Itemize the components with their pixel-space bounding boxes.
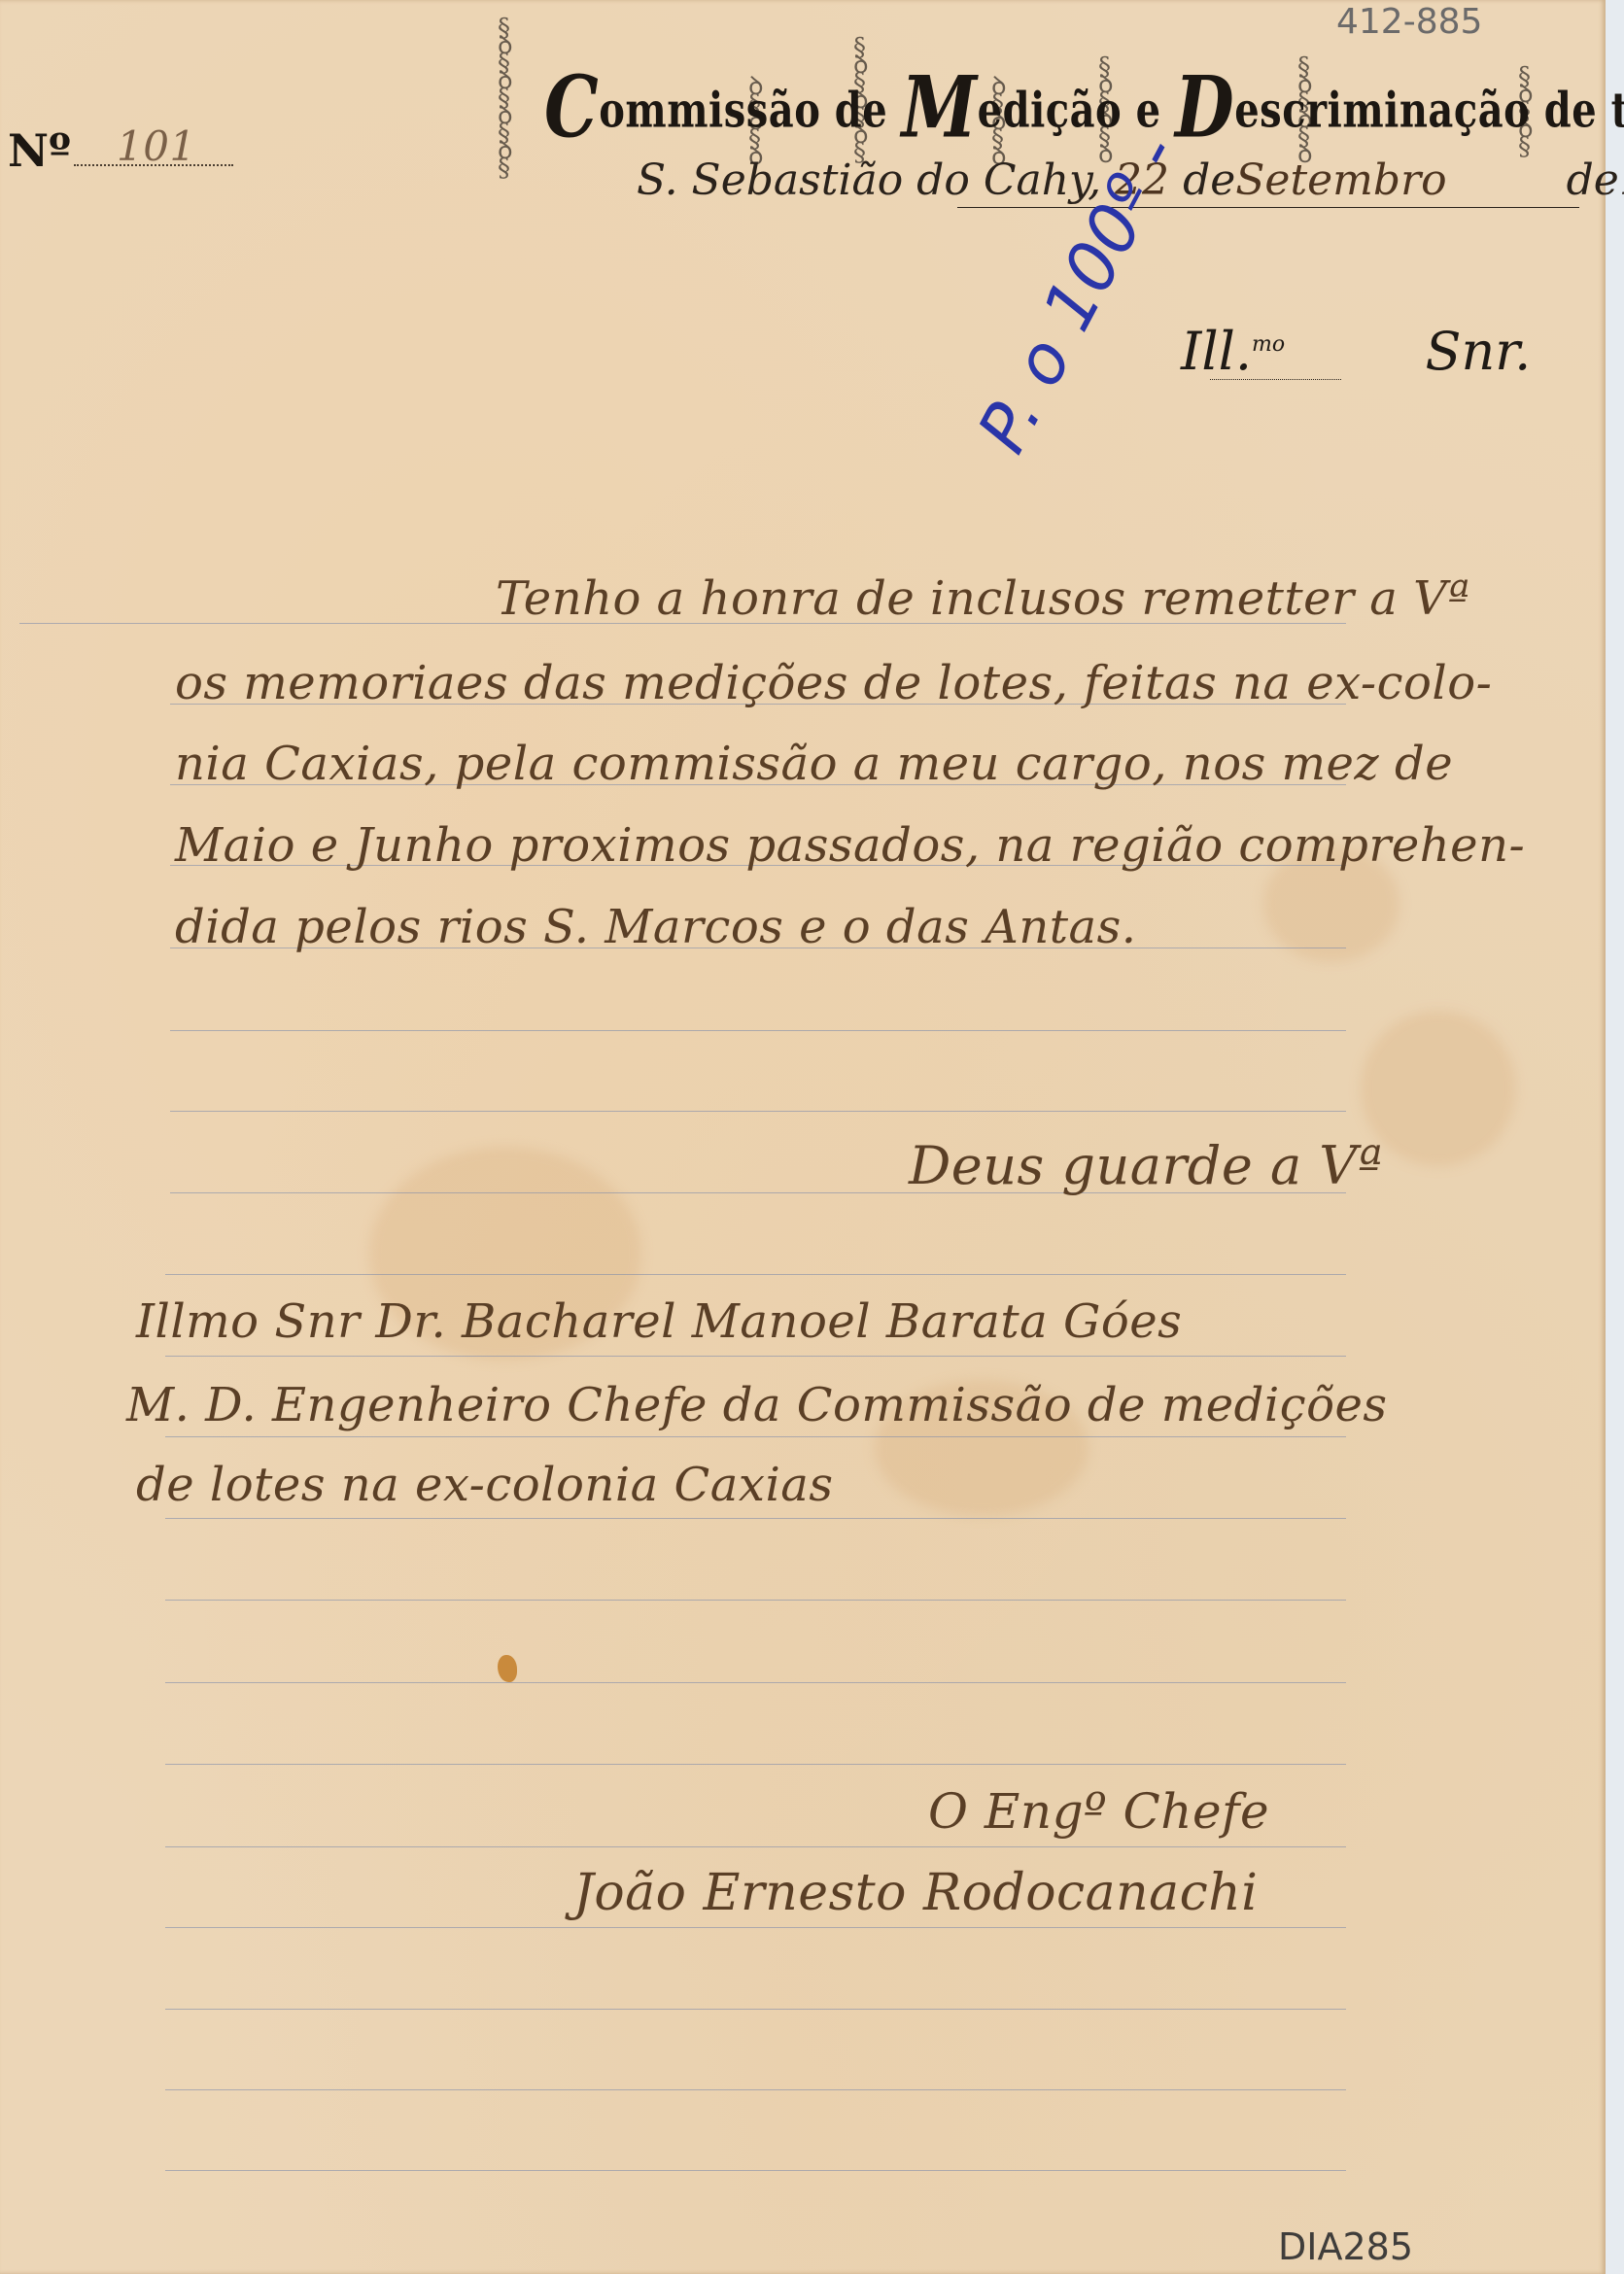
letterhead-word: ommissão de [599, 82, 901, 139]
letterhead-word: edição e [978, 82, 1175, 139]
date-underline [957, 207, 1579, 208]
addressee-line: Illmo Snr Dr. Bacharel Manoel Barata Góe… [136, 1294, 1182, 1349]
letterhead-initial-m: M [902, 56, 978, 157]
ruled-line [165, 2009, 1346, 2010]
ruled-line [165, 1927, 1346, 1928]
ruled-line [165, 1274, 1346, 1275]
letterhead-initial-d: D [1175, 56, 1234, 157]
body-line: Tenho a honra de inclusos remetter a Vª [496, 571, 1470, 626]
salutation-dotted-line [1210, 379, 1341, 380]
ruled-line [165, 2089, 1346, 2090]
ruled-line [170, 1111, 1346, 1112]
paper-stain [1361, 1011, 1516, 1166]
addressee-line: M. D. Engenheiro Chefe da Commissão de m… [126, 1378, 1388, 1432]
place-name: S. Sebastião do Cahy, [637, 155, 1101, 205]
body-line: Maio e Junho proximos passados, na regiã… [175, 818, 1525, 873]
ruled-line [165, 1356, 1346, 1357]
ruled-line [165, 1764, 1346, 1765]
salutation-title-sup: mo [1252, 332, 1285, 357]
number-label: Nº [8, 124, 71, 177]
date-de: de [1567, 155, 1619, 205]
document-number: 101 [117, 122, 196, 170]
letterhead-title: Commissão de Medição e Descriminação de … [544, 56, 1574, 157]
ruled-line [165, 1436, 1346, 1437]
ruled-line [165, 1518, 1346, 1519]
ruled-line [165, 2170, 1346, 2171]
signature-role: O Engº Chefe [928, 1783, 1269, 1840]
ruled-line [165, 1846, 1346, 1847]
archive-reference-bottom: DIA285 [1278, 2225, 1413, 2268]
letterhead-initial-c: C [544, 56, 599, 157]
salutation-title: Ill. [1181, 321, 1252, 382]
ruled-line [165, 1600, 1346, 1601]
ink-blot [498, 1655, 517, 1682]
salutation-honorific: Snr. [1426, 321, 1532, 382]
ruled-line [170, 1030, 1346, 1031]
body-line: os memoriaes das medições de lotes, feit… [175, 656, 1492, 710]
letter-page: 412-885 §ꝺ§ꝺ§ꝺ§ꝺ§ §ꝺ§ꝺ§ꝺ§ ꝺ§ꝺ§ꝺ ꝺ§ꝺ§ꝺ §ꝺ… [0, 0, 1606, 2274]
closing-phrase: Deus guarde a Vª [909, 1135, 1383, 1196]
ruled-line [165, 1682, 1346, 1683]
number-label-text: Nº [8, 124, 71, 177]
letterhead-word: escriminação de terras em [1234, 82, 1624, 139]
signature-name: João Ernesto Rodocanachi [573, 1864, 1258, 1922]
body-line: dida pelos rios S. Marcos e o das Antas. [175, 900, 1137, 954]
body-line: nia Caxias, pela commissão a meu cargo, … [175, 737, 1453, 791]
ornament-icon: §ꝺ§ꝺ§ꝺ§ꝺ§ [498, 19, 511, 177]
date-month: Setembro [1235, 155, 1446, 205]
salutation: Ill.mo Snr. [1181, 321, 1531, 382]
date-year-prefix: 188 [1619, 155, 1624, 205]
archive-reference-top: 412-885 [1336, 2, 1482, 42]
addressee-line: de lotes na ex-colonia Caxias [136, 1458, 834, 1512]
